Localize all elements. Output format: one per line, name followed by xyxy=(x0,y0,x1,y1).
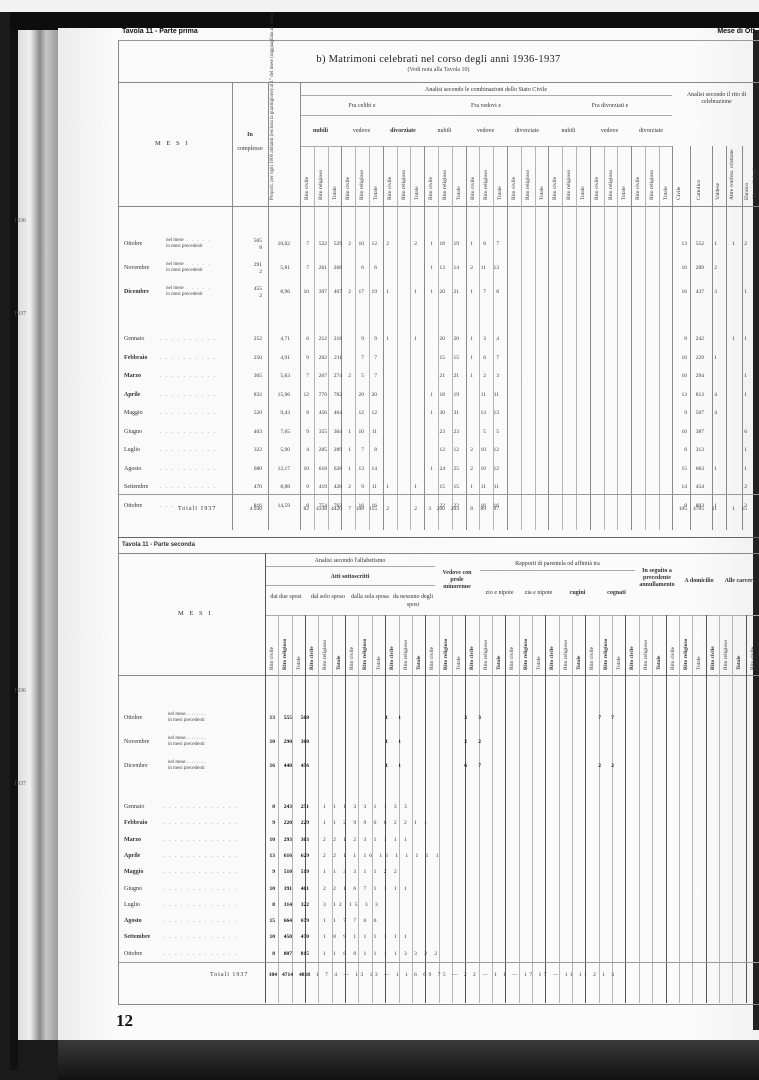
leaf-header: Totale xyxy=(497,150,503,200)
cell: 1 xyxy=(738,392,747,398)
p2-header-due-sposi: dai due sposi xyxy=(265,593,307,601)
cell-complesso: 291 xyxy=(246,262,262,268)
table-row: Novembrenel mese . . . . . . . . in mesi… xyxy=(118,736,759,750)
cell: 8 xyxy=(464,506,473,512)
cell: 20 xyxy=(436,336,445,342)
cell: 9 xyxy=(300,429,309,435)
sub-label: nel mese xyxy=(168,760,186,765)
cell: 401 xyxy=(296,886,309,892)
cell: 212 xyxy=(313,336,327,342)
cell: 7,65 xyxy=(268,429,290,435)
table-row: Maggio. . . . . . . . . .5209,4384564641… xyxy=(118,410,759,424)
table-row: Aprile. . . . . . . . . .83215,961277078… xyxy=(118,392,759,406)
cell: 510 xyxy=(279,869,292,875)
cell: 12 xyxy=(300,392,309,398)
leader-dots: . . . . . . . . . . xyxy=(160,410,217,416)
cell: 13 xyxy=(490,265,499,271)
cell: 11 xyxy=(706,506,717,512)
cell: 19 xyxy=(450,392,459,398)
cell: 552 xyxy=(690,241,704,247)
cell: 1 xyxy=(708,466,717,472)
cell: 15 xyxy=(436,355,445,361)
cell: 1 xyxy=(408,336,417,342)
cell: 456 xyxy=(296,763,309,769)
cell: 16 xyxy=(265,763,275,769)
cell: 397 xyxy=(313,289,327,295)
leaf-header: Rito civile xyxy=(594,150,600,200)
leader-dots: . . . . . . . . . . xyxy=(160,355,217,361)
cell: 529 xyxy=(328,241,342,247)
book-spine xyxy=(10,30,18,1070)
cell: 229 xyxy=(296,820,309,826)
leaf-header: Rito civile xyxy=(304,150,310,200)
table-row: Febbraio. . . . . . . . . . . . .9220229… xyxy=(118,820,759,834)
leaf-header: Rito civile xyxy=(549,620,555,670)
cell: 11 xyxy=(477,484,486,490)
p2-header-zia-nipote: zia e nipote xyxy=(519,590,558,596)
cell: 220 xyxy=(279,820,292,826)
month-label: Dicembre xyxy=(124,763,148,769)
cell: 2 xyxy=(477,373,486,379)
leaf-header: Rito religioso xyxy=(643,620,649,670)
p2-header-top-rule xyxy=(118,553,759,554)
totals-rule xyxy=(118,494,759,495)
cell: 664 xyxy=(279,918,292,924)
cell: 3 xyxy=(460,715,467,721)
cell: 4 xyxy=(708,410,717,416)
table-row: Gennaio. . . . . . . . . . . . .82432511… xyxy=(118,804,759,818)
leaf-header: Rito religioso xyxy=(483,150,489,200)
header-divorziate-3: divorziate xyxy=(630,128,672,134)
p2-header-annullamento: In seguito a precedente annullamento xyxy=(637,568,677,589)
cell: 243 xyxy=(279,804,292,810)
cell: 13 xyxy=(355,466,364,472)
p2-header-atti: Atti sottoscritti xyxy=(265,574,435,580)
p2-header-cugini: cugini xyxy=(558,590,597,596)
cell: 203 xyxy=(445,506,459,512)
header-nubili-3: nubili xyxy=(548,128,589,134)
cell: 30 xyxy=(436,410,445,416)
cell: 9 xyxy=(368,336,377,342)
table-row: Gennaio. . . . . . . . . .2524,716212218… xyxy=(118,336,759,350)
cell: 8 xyxy=(678,336,687,342)
cell: 7 xyxy=(594,715,601,721)
cell: 1 xyxy=(424,241,433,247)
cell: 663 xyxy=(690,466,704,472)
cell: 5,90 xyxy=(268,447,290,453)
cell-misc: 2 2 1 6 7 1 1 1 1 xyxy=(323,886,743,892)
cell: 9 xyxy=(265,820,275,826)
header-mesi: M E S I xyxy=(155,140,189,147)
month-label: Giugno xyxy=(124,429,142,435)
cell: 19 xyxy=(450,241,459,247)
rito-header: Civile xyxy=(676,120,682,200)
cell: 10 xyxy=(477,466,486,472)
cell: 5,63 xyxy=(268,373,290,379)
cell: 104 xyxy=(265,972,277,978)
header-vedove-2: vedove xyxy=(465,128,506,134)
table-row: Febbraio. . . . . . . . . .2504,91920221… xyxy=(118,355,759,369)
leader-dots: . . . . . . . . . . . . . xyxy=(163,886,238,892)
cell: 807 xyxy=(279,951,292,957)
leaf-header: Rito religioso xyxy=(683,620,689,670)
cell: 21 xyxy=(436,373,445,379)
header-nubili-2: nubili xyxy=(424,128,465,134)
cell: 12 xyxy=(490,447,499,453)
cell: 20 xyxy=(450,336,459,342)
cell: 11 xyxy=(490,392,499,398)
cell: 10 xyxy=(477,447,486,453)
cell: 456 xyxy=(313,410,327,416)
cell: 11 xyxy=(477,392,486,398)
leaf-header: Rito civile xyxy=(428,150,434,200)
p2-header-alfabetismo: Analisi secondo l'alfabetismo xyxy=(265,558,435,564)
cell: 82 xyxy=(300,506,309,512)
leaf-header: Rito religioso xyxy=(523,620,529,670)
header-analisi-rito: Analisi secondo il rito di celebrazione xyxy=(674,92,759,106)
cell: 2 xyxy=(464,447,473,453)
cell: 9 xyxy=(678,410,687,416)
leaf-header: Rito civile xyxy=(349,620,355,670)
cell: 1 xyxy=(726,506,735,512)
cell: 10 xyxy=(678,265,687,271)
cell: 115 xyxy=(365,506,377,512)
month-label: Agosto xyxy=(124,466,141,472)
cell: 4818 xyxy=(295,972,310,978)
leaf-header: Rito civile xyxy=(429,620,435,670)
cell: 1 xyxy=(708,241,717,247)
cell: 12 xyxy=(490,466,499,472)
cell: 2 xyxy=(342,289,351,295)
p2-header-rapporti: Rapporti di parentela od affinità tra xyxy=(480,561,635,567)
cell: 1 xyxy=(738,289,747,295)
header-in: In xyxy=(232,132,268,138)
table-row: Settembre. . . . . . . . . .4708,8894194… xyxy=(118,484,759,498)
header-top-rule xyxy=(118,82,759,83)
table-row: Agosto. . . . . . . . . .68012,171061862… xyxy=(118,466,759,480)
cell: 218 xyxy=(328,336,342,342)
cell: 1 xyxy=(381,715,388,721)
cell: 1 xyxy=(394,739,401,745)
cell: 6 xyxy=(477,241,486,247)
leaf-header: Rito civile xyxy=(387,150,393,200)
leader-dots: . . . . . . . . . . xyxy=(160,466,217,472)
p2-totals-row: Totali 1937 104 4714 4818 1 7 4 — 13 13 … xyxy=(118,972,759,986)
cell: 20 xyxy=(436,289,445,295)
cell: 25 xyxy=(450,466,459,472)
table-row: Novembre nel mese . . . . .in mesi prece… xyxy=(118,262,759,276)
cell: 1 xyxy=(381,739,388,745)
cell: 5 xyxy=(355,373,364,379)
leader-dots: . . . . . . . . . . xyxy=(160,336,217,342)
leaf-header: Rito religioso xyxy=(359,150,365,200)
cell: 6 xyxy=(355,265,364,271)
cell: 8 xyxy=(265,902,275,908)
cell: 10 xyxy=(300,466,309,472)
cell: 4338 xyxy=(311,506,327,512)
cell: 7 xyxy=(300,373,309,379)
cell: 229 xyxy=(690,355,704,361)
p2-header-vedove-prole: Vedove con prole minorenne xyxy=(437,570,477,591)
cell: 303 xyxy=(296,837,309,843)
cell-proporzione: 8,96 xyxy=(268,289,290,295)
leaf-header: Rito civile xyxy=(589,620,595,670)
leaf-header: Rito religioso xyxy=(603,620,609,670)
header-vedove-1: vedove xyxy=(341,128,382,134)
cell: 8 xyxy=(678,447,687,453)
cell: 13 xyxy=(678,241,687,247)
cell: 23 xyxy=(436,429,445,435)
cell: 4 xyxy=(490,336,499,342)
p2-totals-rule xyxy=(118,962,759,963)
leader-dots: . . . . . . . . . . . . . xyxy=(163,853,238,859)
p2-header-sola-sposa: dalla sola sposa xyxy=(349,593,391,601)
table-row: Marzo. . . . . . . . . . . . .102933032 … xyxy=(118,837,759,851)
cell: 12 xyxy=(450,447,459,453)
leaf-header: Totale xyxy=(656,620,662,670)
cell: 10 xyxy=(678,355,687,361)
cell: 250 xyxy=(246,355,262,361)
cell: 261 xyxy=(313,265,327,271)
cell: 16 xyxy=(678,289,687,295)
header-vedove-3: vedove xyxy=(589,128,630,134)
cell: 9 xyxy=(355,336,364,342)
cell: 2 xyxy=(708,265,717,271)
month-label: Ottobre xyxy=(124,951,142,957)
table-subtitle: (Vedi nota alla Tavola 10) xyxy=(118,67,759,73)
cell: 522 xyxy=(313,241,327,247)
leader-dots: . . . . . . . . . . xyxy=(160,484,217,490)
table-title: b) Matrimoni celebrati nel corso degli a… xyxy=(118,54,759,65)
cell: 211 xyxy=(328,355,342,361)
cell-misc: 1 1 7 7 6 6 xyxy=(323,918,743,924)
cell: 428 xyxy=(328,484,342,490)
header-analisi-stato-civile: Analisi secondo le combinazioni dello St… xyxy=(300,87,672,93)
p2-totals-label: Totali 1937 xyxy=(210,972,248,978)
header-complesso: complesso xyxy=(232,146,268,152)
cell-misc: 1 1 1 3 3 1 1 3 3 xyxy=(323,804,743,810)
rito-header: Valdese xyxy=(715,120,721,200)
cell: 1 xyxy=(738,466,747,472)
month-label: Febbraio xyxy=(124,355,147,361)
cell: 387 xyxy=(690,429,704,435)
month-label: Novembre xyxy=(124,265,149,271)
cell: 3 xyxy=(474,715,481,721)
totals-row: Totali 1937 4.930 82 4338 4420 7 108 115… xyxy=(118,506,759,520)
leader-dots: . . . . . . . . . . . . . xyxy=(163,934,238,940)
cell: 24 xyxy=(436,466,445,472)
cell: 568 xyxy=(296,715,309,721)
cell: 9 xyxy=(300,484,309,490)
leaf-header: Rito religioso xyxy=(723,620,729,670)
cell: 15 xyxy=(450,484,459,490)
cell: 314 xyxy=(279,902,292,908)
leaf-header: Rito civile xyxy=(309,620,315,670)
leaf-header: Rito civile xyxy=(552,150,558,200)
cell: 11 xyxy=(368,484,377,490)
leader-dots: . . . . . . . . . . xyxy=(160,447,217,453)
cell: 1 xyxy=(464,336,473,342)
leaf-header: Rito civile xyxy=(629,620,635,670)
leaf-header: Rito religioso xyxy=(443,620,449,670)
cell: 4714 xyxy=(278,972,293,978)
cell: 1 xyxy=(394,715,401,721)
leaf-header: Totale xyxy=(621,150,627,200)
cell: 15 xyxy=(265,918,275,924)
cell: 274 xyxy=(328,373,342,379)
scan-border-top xyxy=(0,0,759,12)
cell: 4705 xyxy=(688,506,704,512)
cell: 679 xyxy=(296,918,309,924)
cell: 1 xyxy=(342,466,351,472)
leaf-header: Totale xyxy=(336,620,342,670)
cell: 252 xyxy=(246,336,262,342)
p2-header-zio-nipote: zio e nipote xyxy=(480,590,519,596)
cell: 2 xyxy=(607,763,614,769)
header-fra-celibi: Fra celibi e xyxy=(300,103,424,109)
cell: 782 xyxy=(328,392,342,398)
leaf-header: Totale xyxy=(373,150,379,200)
leader-dots: . . . . . . . . . . . . . xyxy=(163,837,238,843)
cell: 2 xyxy=(738,484,747,490)
cell: 7 xyxy=(368,373,377,379)
leaf-header: Totale xyxy=(576,620,582,670)
cell: 15 xyxy=(678,466,687,472)
cell: 7 xyxy=(607,715,614,721)
cell: 4,71 xyxy=(268,336,290,342)
leader-dots: . . . . . . . . . . . . . xyxy=(163,918,238,924)
cell: 2 xyxy=(408,241,417,247)
cell: 294 xyxy=(690,373,704,379)
cell: 5 xyxy=(490,429,499,435)
rito-header: Altre religioni xyxy=(752,120,758,200)
leaf-header: Rito religioso xyxy=(563,620,569,670)
year-label-1936: 1936 xyxy=(14,218,26,224)
leaf-header: Totale xyxy=(580,150,586,200)
cell: 108 xyxy=(352,506,364,512)
cell: 1 xyxy=(342,429,351,435)
cell: 11 xyxy=(368,429,377,435)
table-row: Agosto. . . . . . . . . . . . .156646791… xyxy=(118,918,759,932)
cell: 7 xyxy=(477,289,486,295)
cell: 3 xyxy=(490,373,499,379)
previous-page-edge xyxy=(18,30,58,1040)
rito-header: Ebraico xyxy=(744,120,750,200)
cell: 8 xyxy=(490,289,499,295)
cell: 2 xyxy=(342,373,351,379)
cell: 13 xyxy=(265,715,275,721)
leader-dots: . . . . . . . . . . . . . xyxy=(163,869,238,875)
cell: 1 xyxy=(380,336,389,342)
leaf-header: Rito civile xyxy=(345,150,351,200)
cell: 9 xyxy=(355,484,364,490)
leaf-header: Totale xyxy=(332,150,338,200)
leaf-header: Rito civile xyxy=(670,620,676,670)
cell: 1 xyxy=(738,447,747,453)
cell: 2 xyxy=(464,466,473,472)
month-label: Ottobre xyxy=(124,715,142,721)
leader-dots: . . . . . . . . . . . . . xyxy=(163,951,238,957)
leaf-header: Rito religioso xyxy=(318,150,324,200)
month-label: Marzo xyxy=(124,373,141,379)
totals-label: Totali 1937 xyxy=(178,506,216,512)
cell: 14 xyxy=(450,265,459,271)
cell: 13 xyxy=(490,410,499,416)
month-label: Aprile xyxy=(124,853,140,859)
month-label: Novembre xyxy=(124,739,149,745)
cell: 6 xyxy=(300,336,309,342)
cell: 17 xyxy=(355,289,364,295)
cell: 10 xyxy=(265,934,275,940)
leaf-header: Totale xyxy=(616,620,622,670)
cell: 2 xyxy=(408,506,417,512)
cell: 31 xyxy=(450,410,459,416)
cell: 105 xyxy=(674,506,687,512)
table-row: Ottobre nel mese . . . . .in mesi preced… xyxy=(118,238,759,252)
cell: 2 xyxy=(594,763,601,769)
cell: 251 xyxy=(296,804,309,810)
cell: 1 xyxy=(708,355,717,361)
month-label: Marzo xyxy=(124,837,141,843)
p2-header-mesi: M E S I xyxy=(178,610,212,617)
cell: 1 xyxy=(424,466,433,472)
leaf-header: Rito religioso xyxy=(525,150,531,200)
cell: 4,91 xyxy=(268,355,290,361)
leaf-header: Rito civile xyxy=(635,150,641,200)
cell: 10 xyxy=(265,837,275,843)
leaf-header: Totale xyxy=(296,620,302,670)
month-label: Ottobre xyxy=(124,241,142,247)
cell: 7 xyxy=(300,241,309,247)
cell: 10 xyxy=(355,429,364,435)
section-divider xyxy=(118,537,759,538)
leaf-header: Rito religioso xyxy=(442,150,448,200)
cell: 2 xyxy=(460,739,467,745)
cell: 680 xyxy=(246,466,262,472)
sub-label: in mesi precedenti xyxy=(168,766,205,771)
month-label: Agosto xyxy=(124,918,142,924)
leaf-header: Totale xyxy=(456,620,462,670)
cell: 7 xyxy=(355,447,364,453)
section-2-label: Tavola 11 - Parte seconda xyxy=(122,542,195,548)
leaf-header: Totale xyxy=(663,150,669,200)
cell: 1 xyxy=(342,447,351,453)
cell: 3 xyxy=(477,336,486,342)
leaf-header: Rito civile xyxy=(710,620,716,670)
cell: 8 xyxy=(300,410,309,416)
cell: 7 xyxy=(490,241,499,247)
table-row: Luglio. . . . . . . . . .3225,9042852891… xyxy=(118,447,759,461)
cell: 437 xyxy=(690,289,704,295)
leaf-header: Totale xyxy=(456,150,462,200)
cell: 2 xyxy=(342,484,351,490)
leaf-header: Rito religioso xyxy=(483,620,489,670)
cell: 1 xyxy=(464,355,473,361)
month-label: Maggio xyxy=(124,869,143,875)
header-divorziate-2: divorziate xyxy=(506,128,548,134)
leaf-header: Totale xyxy=(416,620,422,670)
cell: 1 xyxy=(424,289,433,295)
cell: 1 xyxy=(738,336,747,342)
cell: 7 xyxy=(474,763,481,769)
p2-rule xyxy=(265,585,435,586)
cell: 12 xyxy=(355,410,364,416)
leaf-header: Rito civile xyxy=(269,620,275,670)
cell: 285 xyxy=(313,447,327,453)
month-label: Settembre xyxy=(124,934,150,940)
cell: 9 xyxy=(300,355,309,361)
cell: 3 xyxy=(708,289,717,295)
